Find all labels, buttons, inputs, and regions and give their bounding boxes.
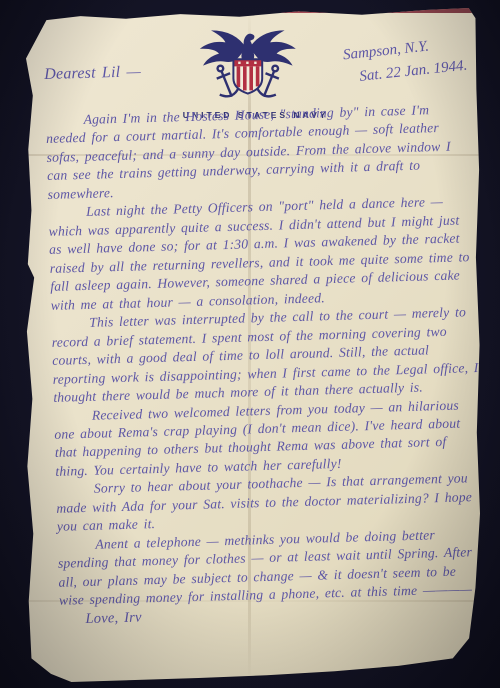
- letter-paragraph: Received two welcomed letters from you t…: [54, 395, 482, 481]
- letter-paragraph: Again I'm in the Hostess House, "standin…: [45, 100, 473, 204]
- letter-paragraph: This letter was interrupted by the call …: [51, 303, 479, 407]
- letter-body: Dearest Lil — Again I'm in the Hostess H…: [44, 52, 486, 630]
- letter-paragraph: Last night the Petty Officers on "port" …: [48, 192, 477, 315]
- red-deckle-edge: [26, 8, 480, 13]
- letter-paragraph-text: Anent a telephone — methinks you would b…: [58, 527, 472, 608]
- letter-paragraph: Anent a telephone — methinks you would b…: [57, 525, 485, 631]
- photo-of-letter: { "photo": { "colors": { "background_col…: [0, 0, 500, 688]
- salutation: Dearest Lil —: [44, 52, 470, 86]
- signature-closing: Love, Irv: [85, 609, 142, 627]
- letter-paper: UNITED STATES NAVY Sampson, N.Y. Sat. 22…: [26, 8, 480, 682]
